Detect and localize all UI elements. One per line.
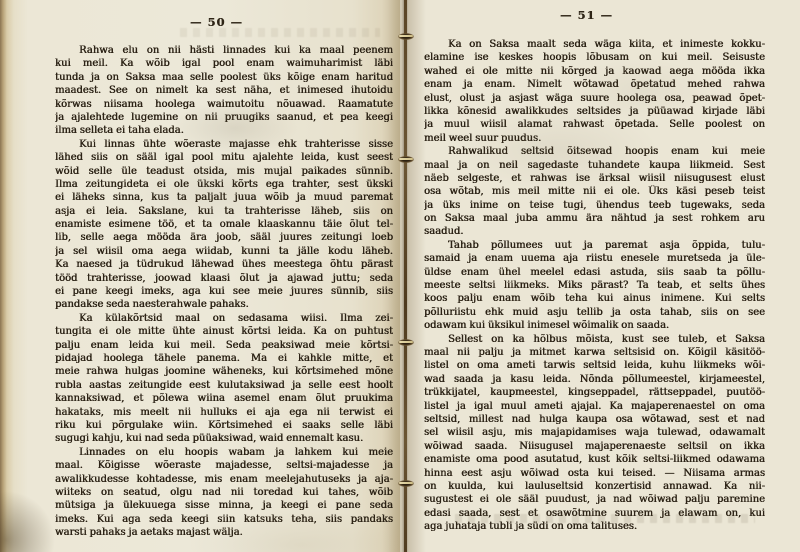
text-line: kui meil. Ka wõib igal pool enam waimuha… [55, 57, 393, 70]
text-line: enamiste esimene töö, et ta omale klaask… [55, 218, 393, 231]
text-line: on Saksa maal juba ammu ära nähtud ja se… [424, 212, 765, 225]
text-line: ja muul wiisil alamat rahwast õpetada. S… [424, 118, 765, 131]
text-line: kannaksiwad, et põlewa wiina asemel enam… [55, 392, 393, 405]
show-through-text [180, 28, 380, 37]
text-line: Sellest on ka hõlbus mõista, kust see tu… [424, 333, 765, 346]
text-line: enamiste oma pood asutatud, kust kõik se… [424, 453, 765, 466]
text-line: ja üks inime on teise tugi, ühendus teeb… [424, 199, 765, 212]
text-line: koos palju enam wõib teha kui ainus inim… [424, 292, 765, 305]
text-line: ei läheks sinna, kus ta paljalt juua wõi… [55, 191, 393, 204]
text-line: awalikkudesse kohtadesse, mis enam meele… [55, 473, 393, 486]
text-line: ilma selleta ei taha elada. [55, 124, 393, 137]
text-line: sugustest ei ole sääl puudust, ja nad wõ… [424, 493, 765, 506]
text-line: trükkijatel, kaupmeestel, kingseppadel, … [424, 386, 765, 399]
text-line: üldse enam ühel meelel edasi astuda, sii… [424, 266, 765, 279]
text-line: elamine ise keskes hoopis lõbusam on kui… [424, 51, 765, 64]
text-line: sel wiisil asju, mis majapidamises waja … [424, 426, 765, 439]
text-line: wõid selle üle teadust otsida, mis mujal… [55, 165, 393, 178]
text-line: Ilma zeitungideta ei ole ükski kõrts ega… [55, 178, 393, 191]
left-page-number: — 50 — [190, 15, 243, 29]
text-line: seltsid, millest nad hulga kaupa osa wõt… [424, 413, 765, 426]
text-line: wiiteks on seatud, olgu nad nii toredad … [55, 486, 393, 499]
text-line: rubla aastas zeitungide eest kulutaksiwa… [55, 379, 393, 392]
show-through-text [455, 514, 755, 523]
text-line: Ka naesed ja tüdrukud lähewad ühes meest… [55, 258, 393, 271]
text-line: meie rahwa hulgas joomine wäheneks, kui … [55, 365, 393, 378]
text-line: Rahwa elu on nii hästi linnades kui ka m… [55, 44, 393, 57]
text-line: saadud. [424, 225, 765, 238]
right-page-lines: Ka on Saksa maalt seda wäga kiita, et in… [424, 38, 765, 533]
left-page-lines: Rahwa elu on nii hästi linnades kui ka m… [55, 44, 393, 539]
text-line: maal ja on neil sagedaste tuhandete kaup… [424, 159, 765, 172]
text-line: kõrwas niisama hoolega waimutoitu nõuawa… [55, 98, 393, 111]
text-line: listel ja igal muul ameti ajajal. Ka maj… [424, 400, 765, 413]
text-line: ei pane keegi imeks, aga kui see meie ju… [55, 285, 393, 298]
text-line: palju enam leida kui meil. Seda peaksiwa… [55, 339, 393, 352]
text-line: samaid ja enam uuema aja riistu enesele … [424, 252, 765, 265]
text-line: riku kui põrgulake wiin. Kõrtsimehed ei … [55, 419, 393, 432]
text-line: wad saada ja kasu leida. Nõnda põllumees… [424, 373, 765, 386]
text-line: tööd trahterisse, joowad klaasi õlut ja … [55, 272, 393, 285]
text-line: maal nii palju ja mitmet karwa seltsisid… [424, 346, 765, 359]
text-line: Ka külakõrtsid maal on sedasama wiisi. I… [55, 312, 393, 325]
text-line: listel on oma ameti tarwis seltsid leida… [424, 359, 765, 372]
text-line: lib, selle aega mööda ära joob, sääl juu… [55, 231, 393, 244]
text-line: pandakse seda naesterahwale pahaks. [55, 298, 393, 311]
text-line: ja ajalehtede lugemine on nii pruugiks s… [55, 111, 393, 124]
text-line: on kuulda, kui lauluseltsid konzertisid … [424, 480, 765, 493]
text-line: pidajad hoolega tähele panema. Ma ei kah… [55, 352, 393, 365]
text-line: näeb selgeste, et rahwas ise ärksal wiis… [424, 172, 765, 185]
text-line: tungita ei ole mitte ühte ainust kõrtsi … [55, 325, 393, 338]
binding-stitch [398, 33, 414, 40]
text-line: asja ei leia. Sakslane, kui ta trahteris… [55, 205, 393, 218]
text-line: ja sel wiisil oma aega wiidab, kunni ta … [55, 245, 393, 258]
text-line: sugugi kahju, kui nad seda püüaksiwad, w… [55, 432, 393, 445]
text-line: elust, olust ja asjast wäga suure hooleg… [424, 92, 765, 105]
text-line: põlluriistu ehk muid asju tellib ja osta… [424, 306, 765, 319]
binding-stitch [398, 480, 414, 487]
right-page-number: — 51 — [560, 8, 613, 22]
text-line: Ka on Saksa maalt seda wäga kiita, et in… [424, 38, 765, 51]
text-line: wõiwad saada. Niisugusel majaperenaeste … [424, 440, 765, 453]
text-line: wahed ei ole mitte nii kõrged ja kaowad … [424, 65, 765, 78]
binding-stitch [398, 156, 414, 163]
text-line: Tahab põllumees uut ja paremat asja õppi… [424, 239, 765, 252]
text-line: hinna eest asju wõiwad osta kui teised. … [424, 467, 765, 480]
binding-fold [404, 0, 407, 552]
text-line: maadest. See on nimelt ka sest näha, et … [55, 84, 393, 97]
text-line: osa wõtab, mis meil mitte nii ei ole. Ük… [424, 185, 765, 198]
text-line: mütsiga ja ülekuuega sisse minna, ja kee… [55, 499, 393, 512]
text-line: enam ja enam. Nimelt wõtawad õpetatud me… [424, 78, 765, 91]
text-line: meeste seltsi liikmeks. Miks pärast? Ta … [424, 279, 765, 292]
text-line: hakataks, mis meelt nii hulluks ei aja e… [55, 406, 393, 419]
text-line: odawam kui üksikul inimesel wõimalik on … [424, 319, 765, 332]
text-line: meil weel suur puudus. [424, 132, 765, 145]
text-line: likka kõnesid awalikkudes seltsides ja p… [424, 105, 765, 118]
text-line: Kui linnas ühte wõeraste majasse ehk tra… [55, 138, 393, 151]
text-line: warsti pahaks ja aetaks majast wälja. [55, 526, 393, 539]
text-line: Rahwalikud seltsid õitsewad hoopis enam … [424, 145, 765, 158]
binding-stitch [398, 339, 414, 346]
text-line: Linnades on elu hoopis wabam ja lahkem k… [55, 446, 393, 459]
book-spread: — 50 — — 51 — Rahwa elu on nii hästi lin… [0, 0, 800, 552]
text-line: tunda ja on Saksa maa selle poolest üks … [55, 71, 393, 84]
text-line: lähed siis on sääl igal pool mitu ajaleh… [55, 151, 393, 164]
text-line: maal. Kõigisse wõeraste majadesse, selts… [55, 459, 393, 472]
text-line: imeks. Kui aga seda keegi siin katsuks t… [55, 513, 393, 526]
